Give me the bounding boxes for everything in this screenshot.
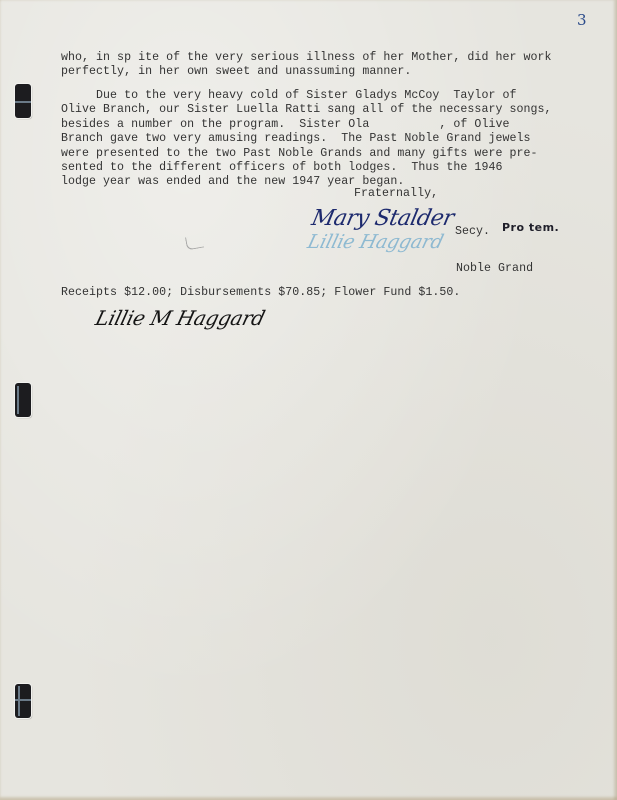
financial-summary: Receipts $12.00; Disbursements $70.85; F… (61, 286, 460, 300)
title-noble-grand: Noble Grand (456, 262, 533, 276)
stray-pen-mark (185, 235, 204, 251)
text-line: were presented to the two Past Noble Gra… (61, 147, 552, 161)
annotation-pro-tem: Pro tem. (502, 221, 559, 234)
page-number: 3 (577, 11, 587, 29)
signature-noble-grand: Lillie Haggard (305, 231, 445, 253)
title-secretary: Secy. (455, 225, 490, 239)
closing-salutation: Fraternally, (354, 187, 438, 201)
text-line: Branch gave two very amusing readings. T… (61, 132, 552, 146)
paragraph-lodge-events: Due to the very heavy cold of Sister Gla… (61, 89, 552, 190)
text-line: Olive Branch, our Sister Luella Ratti sa… (61, 103, 552, 117)
text-line: besides a number on the program. Sister … (61, 118, 552, 132)
binder-hole-bottom (15, 684, 31, 718)
text-line: perfectly, in her own sweet and unassumi… (61, 65, 552, 79)
binder-hole-top (15, 84, 31, 118)
paragraph-continuation: who, in sp ite of the very serious illne… (61, 51, 552, 80)
text-line: who, in sp ite of the very serious illne… (61, 51, 552, 65)
signature-financial: Lillie M Haggard (93, 306, 267, 330)
text-line: Due to the very heavy cold of Sister Gla… (61, 89, 552, 103)
document-page: 3 who, in sp ite of the very serious ill… (0, 0, 617, 800)
binder-hole-middle (15, 383, 31, 417)
signature-secretary: Mary Stalder (309, 206, 456, 231)
text-line: sented to the different officers of both… (61, 161, 552, 175)
text-line: lodge year was ended and the new 1947 ye… (61, 175, 552, 189)
